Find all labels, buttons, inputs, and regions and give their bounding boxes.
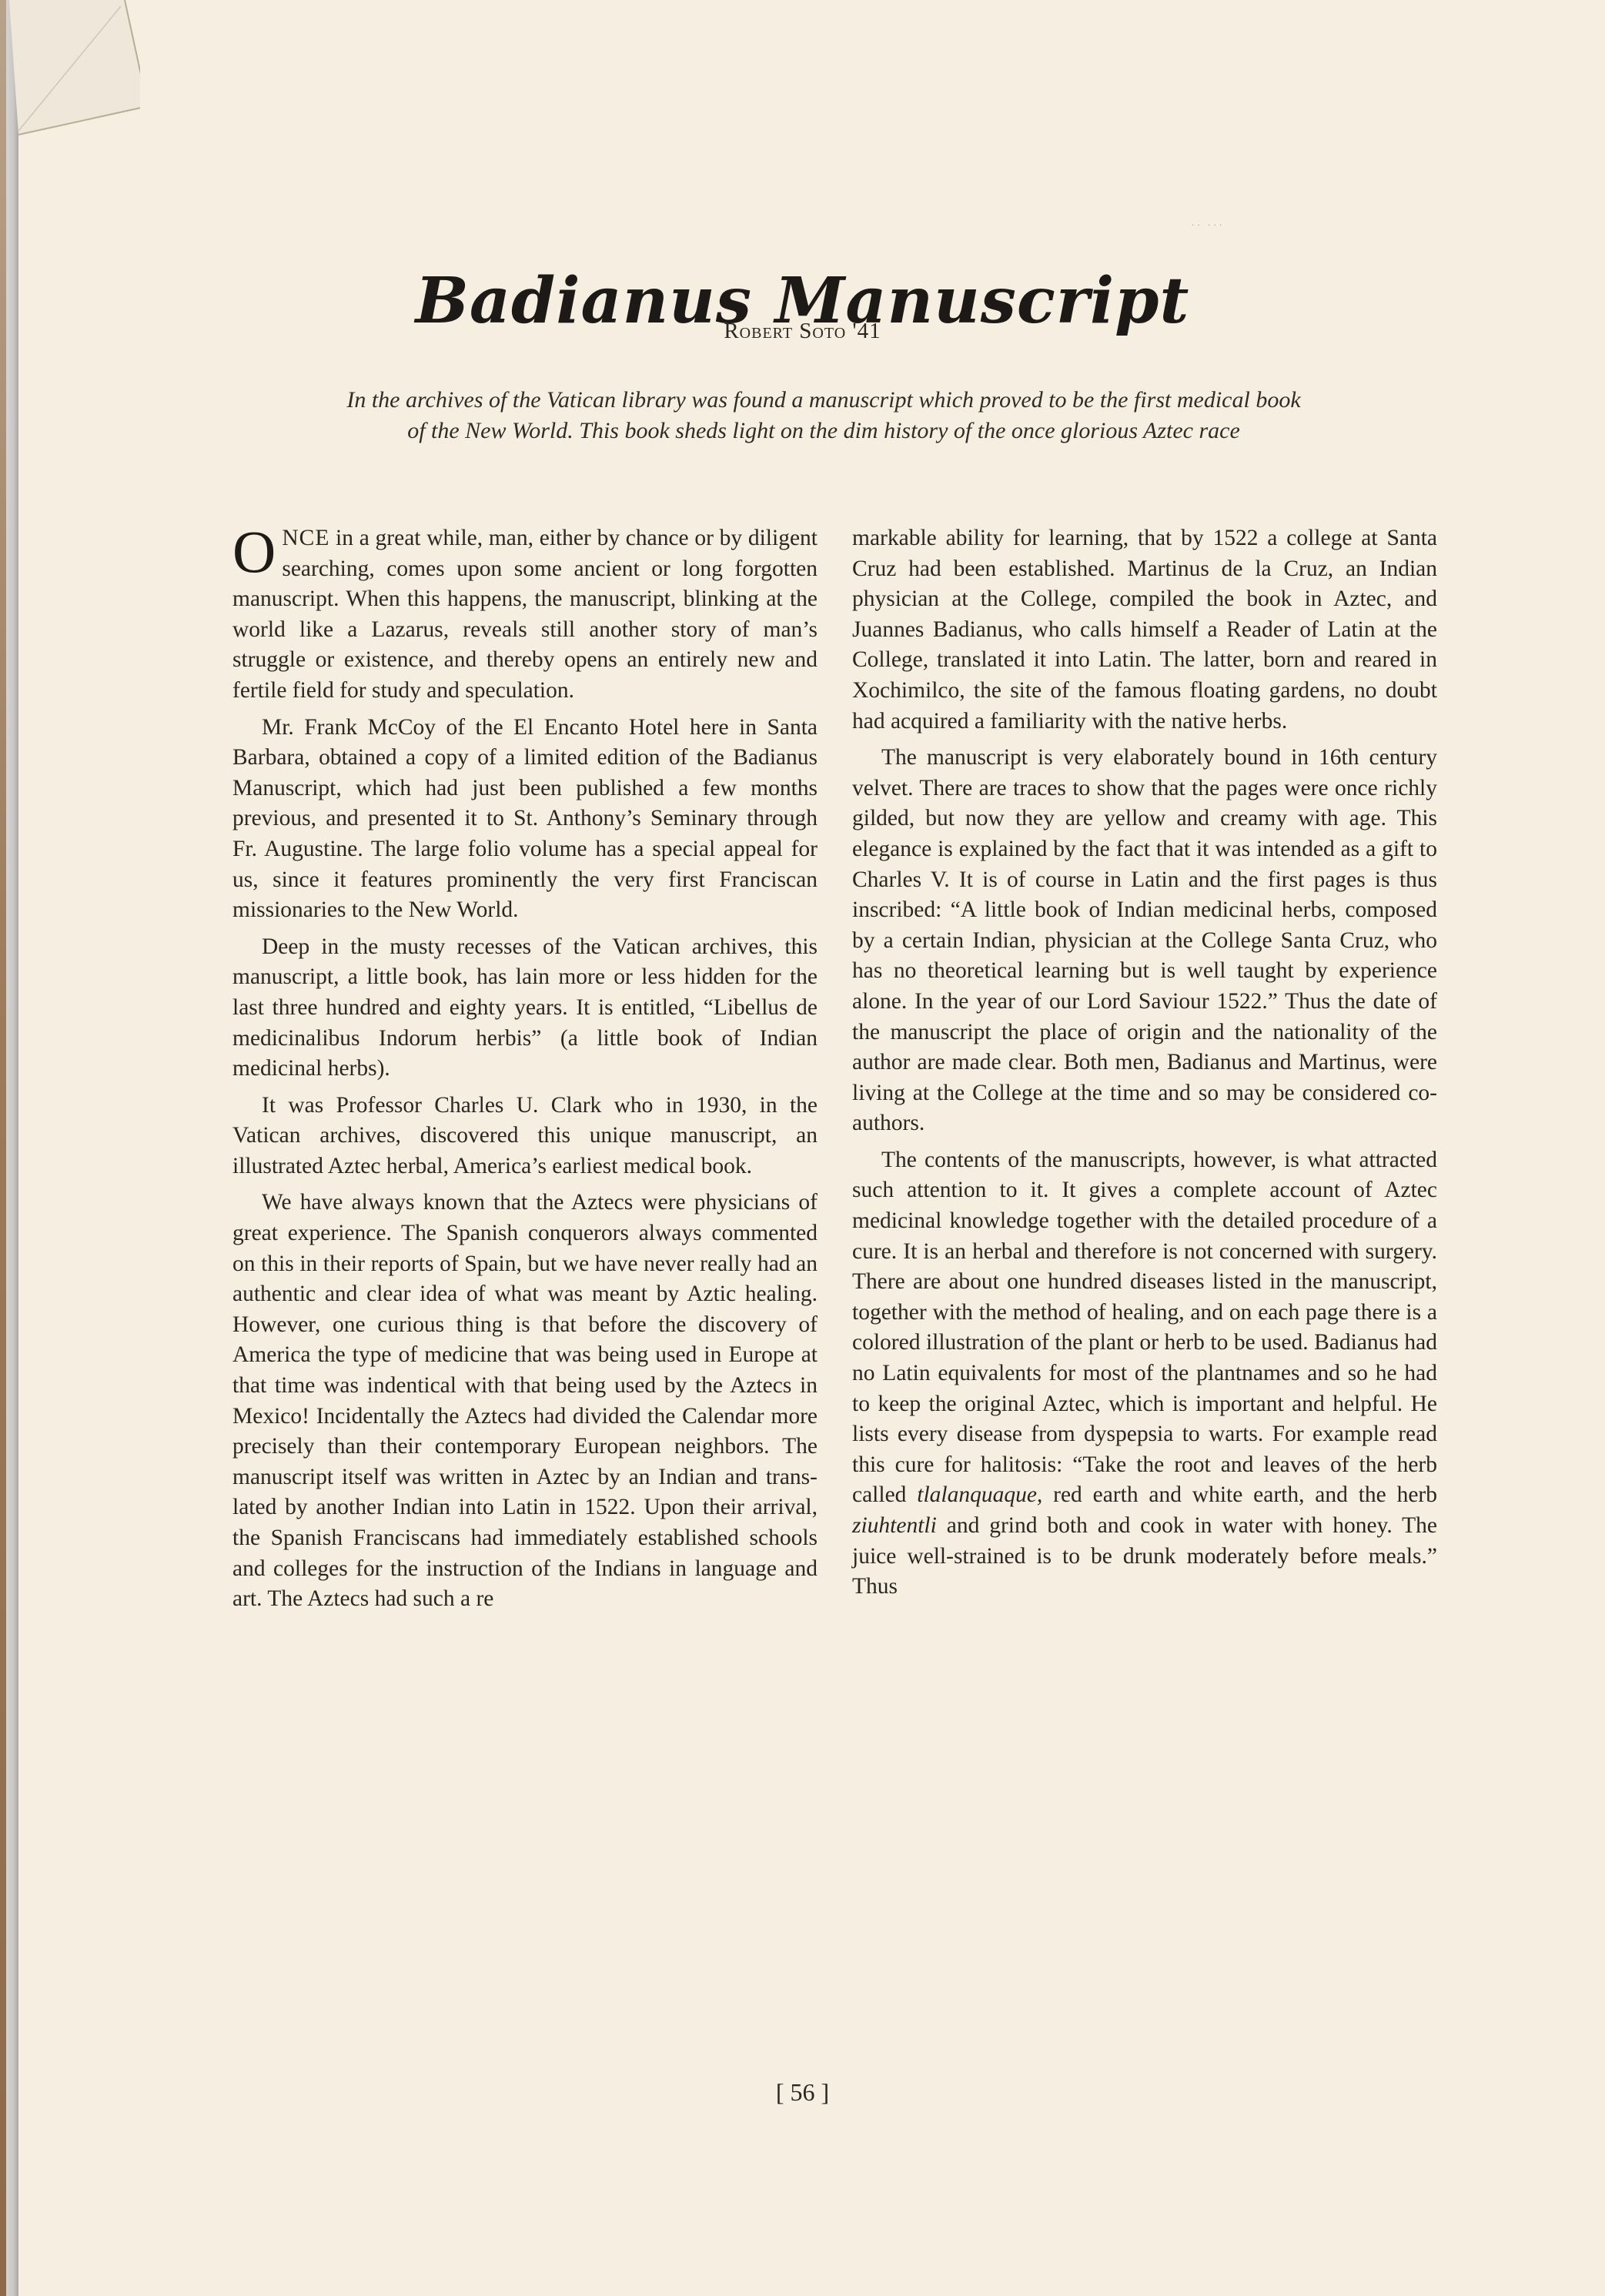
herb-name: tlalanquaque, [917,1482,1042,1507]
paragraph-text: and grind both and cook in water with ho… [852,1513,1437,1599]
paragraph-text: The contents of the manuscripts, however… [852,1148,1437,1508]
paragraph-contents: The contents of the manuscripts, however… [852,1145,1437,1603]
article-byline: Robert Soto '41 [0,319,1605,344]
drop-cap: O [232,526,276,577]
print-speck: ·· ··· [1192,222,1246,226]
paragraph-text: red earth and white earth, and the herb [1042,1482,1437,1507]
paragraph-aztecs: We have always known that the Aztecs wer… [232,1188,818,1614]
right-column: markable ability for learning, that by 1… [852,523,1437,1609]
left-column: ONCE in a great while, man, either by ch… [232,523,818,1621]
binding-strip [6,0,19,2296]
folded-corner [9,0,140,139]
paragraph-binding: The manuscript is very elaborately bound… [852,743,1437,1139]
paragraph-intro: ONCE in a great while, man, either by ch… [232,523,818,707]
page-number: [ 56 ] [0,2078,1605,2107]
paragraph-college: markable ability for learning, that by 1… [852,523,1437,737]
paragraph-text: in a great while, man, either by chance … [232,526,818,703]
paragraph-mccoy: Mr. Frank McCoy of the El Encanto Hotel … [232,713,818,926]
paragraph-vatican: Deep in the musty recesses of the Vatica… [232,932,818,1085]
article-subtitle: In the archives of the Vatican library w… [339,385,1309,446]
paragraph-clark: It was Professor Charles U. Clark who in… [232,1091,818,1182]
binding-edge [0,0,6,2296]
herb-name: ziuhtentli [852,1513,937,1538]
opening-caps: NCE [282,526,329,550]
